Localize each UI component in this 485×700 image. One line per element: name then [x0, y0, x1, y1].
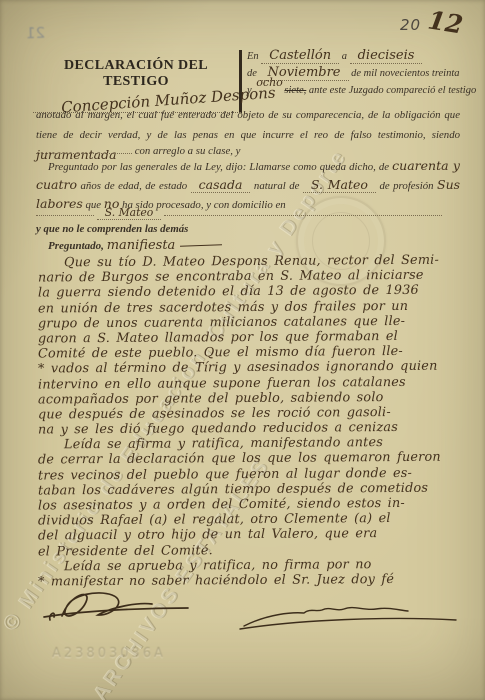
- natural-de-label: natural de: [254, 180, 299, 192]
- manifiesta-hand: manifiesta: [107, 238, 176, 253]
- dateline-en-label: En: [247, 51, 259, 62]
- clase-line: con arreglo a su clase, y: [36, 142, 460, 157]
- dateline-a-label: a: [342, 51, 347, 62]
- edad-estado-label: años de edad, de estado: [81, 180, 188, 192]
- document-page: © Ministerio de Educación, Cultura y Dep…: [0, 0, 485, 700]
- pen-flourish: [180, 244, 222, 246]
- secretary-flourish-signature: [238, 600, 460, 632]
- preguntado-line: Preguntado, manifiesta: [48, 238, 222, 253]
- judge-rubric-signature: [40, 586, 192, 630]
- dateline: En Castellón a dieciseis de Noviembre de…: [247, 48, 462, 99]
- year-correction-hand: ocho: [256, 76, 283, 89]
- comparecio-text: ante este Juzgado compareció el testigo: [309, 85, 476, 96]
- domicilio-line: S. Mateo: [36, 203, 460, 219]
- age-hand-part2: cuatro: [36, 177, 77, 192]
- estado-field: casada: [191, 177, 251, 193]
- year-struck-word: siete,: [284, 85, 306, 96]
- handwritten-folio-number: 12: [426, 5, 465, 39]
- profesion-label: de profesión: [379, 180, 433, 192]
- preamble-text: anotado al margen, el cual fué enterado …: [36, 109, 460, 141]
- bleedthrough-page-number: 21: [26, 24, 46, 43]
- year-y-label: y: [247, 85, 252, 96]
- generales-line1: Preguntado por las generales de la Ley, …: [48, 161, 389, 173]
- preguntado-label: Preguntado,: [48, 240, 104, 252]
- no-comprenden-line: y que no le comprenden las demás: [36, 223, 188, 235]
- dotted-leader: [36, 203, 94, 216]
- bleedthrough-reference-number: A23803036A: [52, 646, 166, 661]
- age-hand-part1: cuarenta y: [392, 158, 460, 173]
- form-title: DECLARACIÓN DEL TESTIGO: [33, 58, 239, 90]
- year-printed-text: de mil novecientos treinta: [351, 68, 459, 79]
- declaration-header-box: DECLARACIÓN DEL TESTIGO Concepción Muñoz…: [33, 50, 242, 113]
- place-field: Castellón: [261, 48, 339, 64]
- domicilio-field: S. Mateo: [97, 206, 162, 220]
- stamped-folio-number: 20: [400, 16, 421, 34]
- dotted-leader: [36, 142, 132, 154]
- testimony-body: Que su tío D. Mateo Despons Renau, recto…: [38, 254, 462, 588]
- day-field: dieciseis: [350, 48, 423, 64]
- natural-field: S. Mateo: [303, 177, 376, 193]
- dotted-leader: [164, 203, 442, 216]
